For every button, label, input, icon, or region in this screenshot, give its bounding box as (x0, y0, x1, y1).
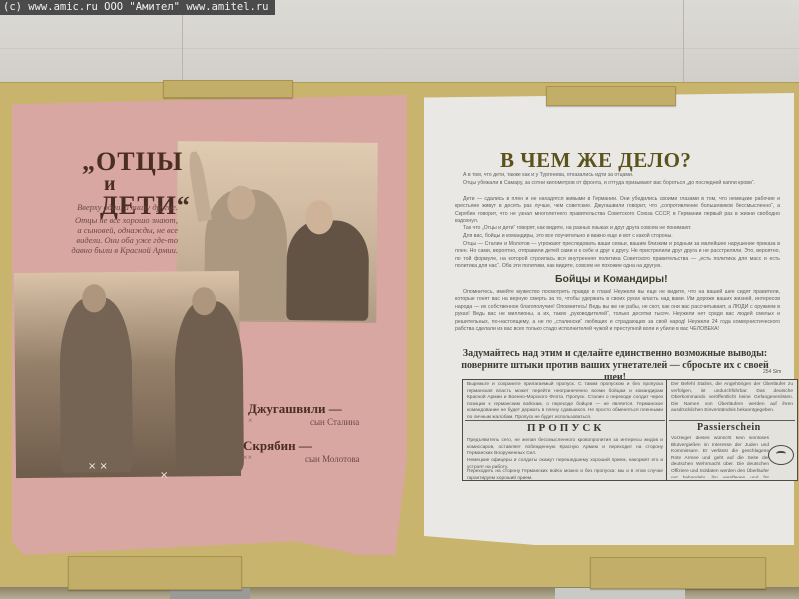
paragraph: Для вас, бойцы и командиры, это все поуч… (455, 233, 780, 240)
paragraph: Опомнитесь, имейте мужество посмотреть п… (455, 289, 780, 333)
leaflet-code: 254 Sim (763, 369, 781, 375)
divider (669, 420, 795, 421)
caption-name: Скрябин — (243, 438, 312, 453)
caption-sub: сын Молотова (243, 454, 360, 464)
head (192, 287, 216, 315)
mark-crosses: × × (88, 461, 108, 472)
subtitle-body: Отцы не все хорошо знают, а сыновей, одн… (71, 215, 178, 255)
tape-strip (68, 556, 242, 590)
head (82, 284, 106, 312)
tile-seam (683, 0, 684, 82)
paragraph: Дети — сдались в плен и не нахадятся жив… (455, 196, 780, 226)
mark-cross: × (160, 470, 168, 481)
paragraph: А в том, что дети, также как и у Тургене… (455, 172, 780, 179)
head (305, 200, 333, 234)
tape-strip (163, 80, 293, 98)
tile-seam (0, 48, 799, 49)
paragraph: Отцы — Сталин и Молотов — угрожают пресл… (455, 241, 780, 271)
paragraph: Так что „Отцы и дети“ говорят, как видит… (455, 225, 780, 232)
pass-intro: Вырежьте и сохраните прилагаемый пропуск… (467, 382, 663, 422)
pass-title: ПРОПУСК (527, 422, 604, 434)
figure-son-right (174, 301, 244, 472)
pass-german: Der Befehl Stalins, die Angehörigen der … (666, 379, 798, 481)
caption-dzhugashvili: Джугашвили — × сын Сталина (248, 400, 359, 427)
title-line: и (82, 176, 191, 192)
subheading-soldiers: Бойцы и Командиры! (555, 273, 668, 285)
figure-son-left (59, 297, 133, 473)
caption-sub: сын Сталина (248, 417, 359, 427)
head (227, 186, 255, 220)
leaflet-title: В ЧЕМ ЖЕ ДЕЛО? (500, 148, 691, 173)
eagle-emblem-icon (768, 445, 794, 465)
copyright-watermark: (c) www.amic.ru ООО "Амител" www.amitel.… (0, 0, 275, 15)
tape-strip (546, 86, 676, 106)
caption-name: Джугашвили — (248, 401, 342, 416)
leaflet-subtitle: Вверху одни, а внизу другие. Отцы не все… (70, 202, 178, 255)
divider (465, 420, 665, 421)
paragraph: Отцы убежали в Самару, за сотни километр… (455, 180, 780, 187)
title-line: „ОТЦЫ (82, 148, 191, 176)
subtitle-lead: Вверху одни, а внизу другие. (70, 202, 178, 212)
pass-title: Passierschein (697, 422, 761, 433)
floor-paper (555, 588, 685, 599)
pass-body: Vorzeiger dieses wünscht kein sinnloses … (671, 436, 769, 478)
photo-sons (14, 271, 241, 478)
pass-body: Предъявитель сего, не желая бессмысленно… (467, 438, 663, 458)
pass-intro: Der Befehl Stalins, die Angehörigen der … (671, 382, 793, 415)
figure-molotov (286, 220, 369, 321)
tape-strip (590, 557, 766, 589)
pass-russian: Вырежьте и сохраните прилагаемый пропуск… (462, 379, 668, 481)
caption-skryabin: Скрябин — ×× сын Молотова (243, 437, 360, 464)
pass-body: Переходить на сторону Германских войск м… (467, 469, 663, 482)
